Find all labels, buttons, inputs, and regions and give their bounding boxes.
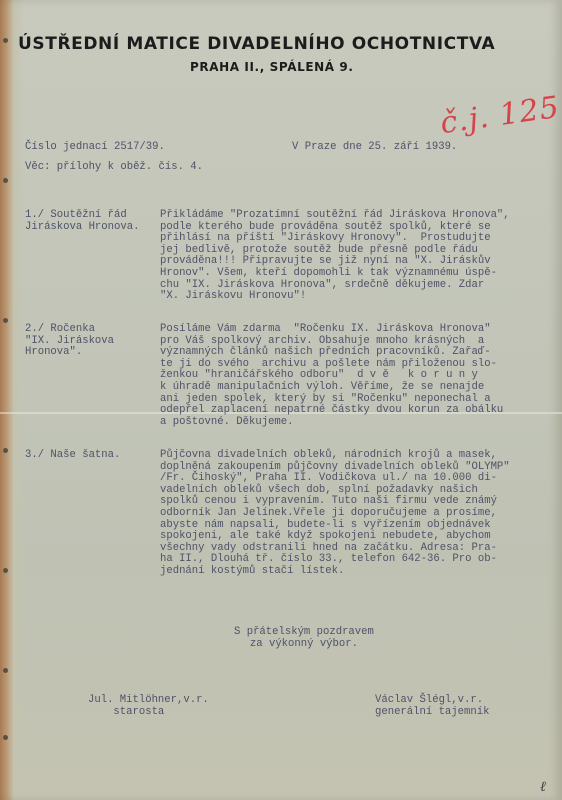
item-1-body: Přikládáme "Prozatímní soutěžní řád Jirá… xyxy=(160,210,510,303)
item-1-label: 1./ Soutěžní řádJiráskova Hronova. xyxy=(25,210,139,233)
place-date: V Praze dne 25. září 1939. xyxy=(292,142,457,154)
letterhead-address: PRAHA II., SPÁLENÁ 9. xyxy=(190,60,354,74)
subject-line: Věc: přílohy k oběž. čís. 4. xyxy=(25,162,203,174)
signature-chairman: Jul. Mitlöhner,v.r. starosta xyxy=(88,695,209,718)
punch-hole xyxy=(3,178,8,183)
punch-hole xyxy=(3,448,8,453)
handwritten-reference-stamp: č.j. 125 xyxy=(438,90,562,141)
letterhead-organization: ÚSTŘEDNÍ MATICE DIVADELNÍHO OCHOTNICTVA xyxy=(18,34,538,54)
item-3-body: Půjčovna divadelních obleků, národních k… xyxy=(160,450,510,578)
punch-hole xyxy=(3,38,8,43)
punch-hole xyxy=(3,735,8,740)
punch-hole xyxy=(3,318,8,323)
closing-greeting: S přátelským pozdravemza výkonný výbor. xyxy=(234,627,374,650)
item-2-body: Posíláme Vám zdarma "Ročenku IX. Jirásko… xyxy=(160,324,503,428)
pencil-page-mark: ℓ xyxy=(540,779,546,796)
signature-secretary: Václav Šlégl,v.r.generální tajemník xyxy=(375,695,489,718)
item-3-label: 3./ Naše šatna. xyxy=(25,450,120,462)
punch-hole xyxy=(3,568,8,573)
item-2-label: 2./ Ročenka"IX. JiráskovaHronova". xyxy=(25,324,114,359)
document-page: ÚSTŘEDNÍ MATICE DIVADELNÍHO OCHOTNICTVA … xyxy=(0,0,562,800)
reference-number: Číslo jednací 2517/39. xyxy=(25,142,165,154)
punch-hole xyxy=(3,668,8,673)
